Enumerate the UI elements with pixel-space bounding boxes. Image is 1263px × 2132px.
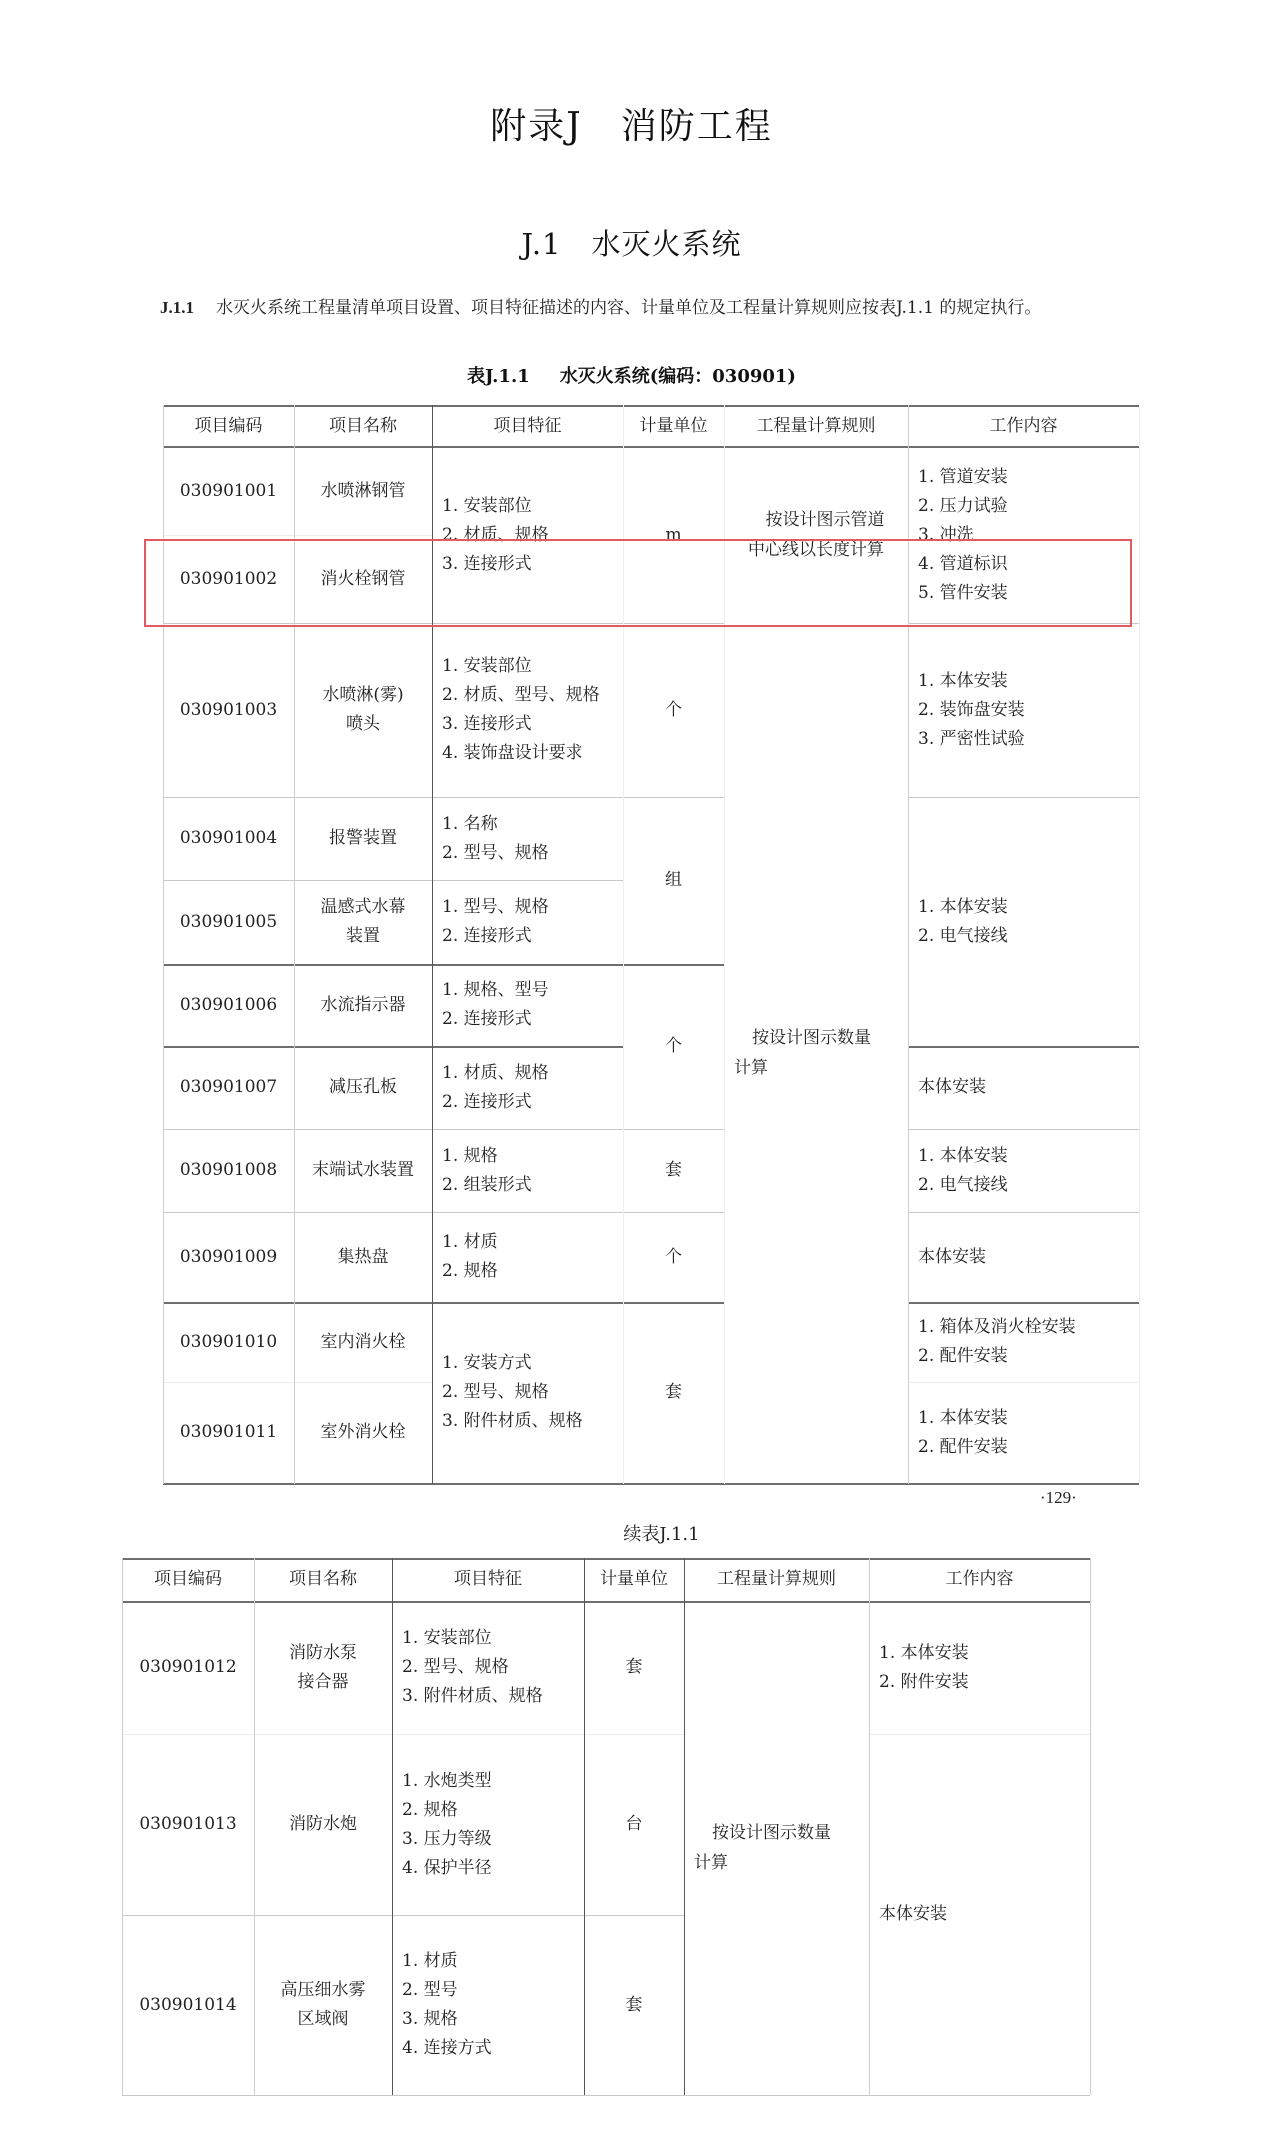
row-name: 水流指示器 [294,964,432,1046]
feature-item: 4. 连接方式 [402,2034,492,2063]
feature-item: 1. 规格、型号 [442,976,549,1005]
name-line: 温感式水幕 [321,893,406,922]
work-item: 本体安装 [918,1243,986,1272]
work-item: 1. 本体安装 [918,893,1008,922]
row-name: 消火栓钢管 [294,535,432,623]
row-work: 1. 管道安装2. 压力试验3. 冲洗4. 管道标识5. 管件安装 [908,447,1139,623]
work-item: 本体安装 [879,1900,947,1929]
row-work: 本体安装 [908,1212,1139,1302]
name-line: 接合器 [298,1668,349,1697]
row-features: 1. 安装部位2. 材质、型号、规格3. 连接形式4. 装饰盘设计要求 [432,623,623,797]
work-item: 1. 本体安装 [879,1639,969,1668]
rule-line: 按设计图示数量 [734,1023,871,1053]
row-work: 1. 本体安装2. 电气接线 [908,1129,1139,1212]
row-name: 温感式水幕装置 [294,880,432,964]
row-features: 1. 名称2. 型号、规格 [432,797,623,880]
feature-item: 3. 附件材质、规格 [402,1682,543,1711]
row-code: 030901003 [163,623,294,797]
row-code: 030901014 [122,1915,254,2095]
row-unit: 个 [623,964,724,1129]
work-item: 1. 本体安装 [918,667,1008,696]
feature-item: 1. 安装部位 [442,492,532,521]
row-features: 1. 材质2. 型号3. 规格4. 连接方式 [392,1915,584,2095]
header-code: 项目编码 [163,405,294,447]
work-item: 1. 管道安装 [918,463,1008,492]
feature-item: 1. 规格 [442,1142,498,1171]
name-line: 消防水泵 [289,1639,357,1668]
feature-item: 1. 材质 [402,1947,458,1976]
feature-item: 3. 压力等级 [402,1825,492,1854]
header-features: 项目特征 [432,405,623,447]
work-item: 2. 装饰盘安装 [918,696,1025,725]
row-code: 030901004 [163,797,294,880]
row-unit: m [623,447,724,623]
rule-line: 中心线以长度计算 [748,535,884,565]
clause-paragraph: J.1.1水灭火系统工程量清单项目设置、项目特征描述的内容、计量单位及工程量计算… [160,292,1140,324]
feature-item: 4. 保护半径 [402,1854,492,1883]
col-divider [1139,405,1140,1484]
row-features: 1. 安装方式2. 型号、规格3. 附件材质、规格 [432,1302,623,1483]
work-item: 2. 电气接线 [918,922,1008,951]
row-work: 1. 本体安装2. 配件安装 [908,1382,1139,1483]
feature-item: 3. 连接形式 [442,550,532,579]
feature-item: 2. 型号、规格 [402,1653,509,1682]
feature-item: 2. 型号 [402,1976,458,2005]
row-code: 030901006 [163,964,294,1046]
feature-item: 2. 规格 [402,1796,458,1825]
row-work: 本体安装 [908,1046,1139,1129]
row-code: 030901007 [163,1046,294,1129]
row-name: 消防水炮 [254,1734,392,1915]
row-name: 报警装置 [294,797,432,880]
row-name: 室外消火栓 [294,1382,432,1483]
feature-item: 1. 安装部位 [442,652,532,681]
feature-item: 2. 连接形式 [442,1088,532,1117]
row-unit: 套 [584,1601,684,1734]
rule-line: 计算 [734,1053,768,1083]
row-work: 1. 本体安装2. 电气接线 [908,797,1139,1046]
row-features: 1. 规格2. 组装形式 [432,1129,623,1212]
row-features: 1. 型号、规格2. 连接形式 [432,880,623,964]
work-item: 本体安装 [918,1073,986,1102]
row-code: 030901001 [163,447,294,535]
feature-item: 1. 型号、规格 [442,893,549,922]
header-work: 工作内容 [869,1558,1090,1601]
feature-item: 1. 安装部位 [402,1624,492,1653]
row-rule: 按设计图示管道中心线以长度计算 [724,447,908,623]
row-features: 1. 安装部位2. 型号、规格3. 附件材质、规格 [392,1601,584,1734]
header-name: 项目名称 [254,1558,392,1601]
feature-item: 1. 材质、规格 [442,1059,549,1088]
row-code: 030901011 [163,1382,294,1483]
row-code: 030901010 [163,1302,294,1382]
feature-item: 3. 连接形式 [442,710,532,739]
appendix-title: 附录J 消防工程 [0,98,1263,149]
work-item: 1. 本体安装 [918,1142,1008,1171]
work-item: 4. 管道标识 [918,550,1008,579]
row-unit: 个 [623,623,724,797]
row-rule: 按设计图示数量计算 [724,623,908,1483]
feature-item: 2. 型号、规格 [442,1378,549,1407]
row-name: 减压孔板 [294,1046,432,1129]
row-name: 集热盘 [294,1212,432,1302]
row-unit: 台 [584,1734,684,1915]
row-name: 水喷淋(雾)喷头 [294,623,432,797]
feature-item: 1. 水炮类型 [402,1767,492,1796]
row-name: 高压细水雾区域阀 [254,1915,392,2095]
work-item: 3. 冲洗 [918,521,974,550]
name-line: 喷头 [346,710,380,739]
feature-item: 2. 连接形式 [442,922,532,951]
continued-table-caption: 续表J.1.1 [0,1520,1263,1546]
rule-line: 按设计图示数量 [694,1818,831,1848]
feature-item: 2. 材质、型号、规格 [442,681,600,710]
header-work: 工作内容 [908,405,1139,447]
row-features: 1. 材质、规格2. 连接形式 [432,1046,623,1129]
row-name: 室内消火栓 [294,1302,432,1382]
rule-line: 按设计图示管道 [748,505,885,535]
table-bottom-rule [163,1483,1139,1485]
header-name: 项目名称 [294,405,432,447]
rule-line: 计算 [694,1848,728,1878]
work-item: 2. 电气接线 [918,1171,1008,1200]
row-unit: 组 [623,797,724,964]
work-item: 1. 箱体及消火栓安装 [918,1313,1076,1342]
feature-item: 3. 附件材质、规格 [442,1407,583,1436]
row-name: 末端试水装置 [294,1129,432,1212]
row-features: 1. 材质2. 规格 [432,1212,623,1302]
work-item: 5. 管件安装 [918,579,1008,608]
row-features: 1. 水炮类型2. 规格3. 压力等级4. 保护半径 [392,1734,584,1915]
page-number: ·129· [1040,1488,1077,1508]
table-caption: 表J.1.1水灭火系统(编码：030901) [0,362,1263,388]
row-features: 1. 安装部位2. 材质、规格3. 连接形式 [432,447,623,623]
feature-item: 2. 型号、规格 [442,839,549,868]
work-item: 1. 本体安装 [918,1404,1008,1433]
feature-item: 1. 名称 [442,810,498,839]
row-work: 1. 本体安装2. 附件安装 [869,1601,1090,1734]
row-code: 030901013 [122,1734,254,1915]
clause-number: J.1.1 [160,298,194,317]
row-rule: 按设计图示数量计算 [684,1601,869,2095]
feature-item: 4. 装饰盘设计要求 [442,739,583,768]
row-unit: 个 [623,1212,724,1302]
header-unit: 计量单位 [623,405,724,447]
name-line: 区域阀 [298,2005,349,2034]
feature-item: 1. 安装方式 [442,1349,532,1378]
row-code: 030901012 [122,1601,254,1734]
row-code: 030901008 [163,1129,294,1212]
table-caption-label: 表J.1.1 [467,366,530,387]
col-divider [1090,1558,1091,2095]
header-unit: 计量单位 [584,1558,684,1601]
work-item: 3. 严密性试验 [918,725,1025,754]
row-unit: 套 [584,1915,684,2095]
row-code: 030901009 [163,1212,294,1302]
row-name: 消防水泵接合器 [254,1601,392,1734]
feature-item: 2. 规格 [442,1257,498,1286]
row-name: 水喷淋钢管 [294,447,432,535]
clause-text: 水灭火系统工程量清单项目设置、项目特征描述的内容、计量单位及工程量计算规则应按表… [216,298,1041,318]
feature-item: 2. 组装形式 [442,1171,532,1200]
row-code: 030901005 [163,880,294,964]
header-features: 项目特征 [392,1558,584,1601]
row-work: 1. 本体安装2. 装饰盘安装3. 严密性试验 [908,623,1139,797]
feature-item: 2. 材质、规格 [442,521,549,550]
row-unit: 套 [623,1129,724,1212]
table-bottom-rule [122,2095,1090,2096]
row-unit: 套 [623,1302,724,1483]
work-item: 2. 附件安装 [879,1668,969,1697]
row-features: 1. 规格、型号2. 连接形式 [432,964,623,1046]
header-rule: 工程量计算规则 [724,405,908,447]
name-line: 水喷淋(雾) [322,681,403,710]
row-work: 1. 箱体及消火栓安装2. 配件安装 [908,1302,1139,1382]
row-code: 030901002 [163,535,294,623]
feature-item: 3. 规格 [402,2005,458,2034]
feature-item: 1. 材质 [442,1228,498,1257]
section-heading: J.1 水灭火系统 [0,222,1263,263]
work-item: 2. 配件安装 [918,1342,1008,1371]
name-line: 高压细水雾 [281,1976,366,2005]
table-caption-title: 水灭火系统(编码：030901) [560,366,796,387]
work-item: 2. 压力试验 [918,492,1008,521]
header-code: 项目编码 [122,1558,254,1601]
name-line: 装置 [346,922,380,951]
feature-item: 2. 连接形式 [442,1005,532,1034]
row-work: 本体安装 [869,1734,1090,2095]
work-item: 2. 配件安装 [918,1433,1008,1462]
header-rule: 工程量计算规则 [684,1558,869,1601]
